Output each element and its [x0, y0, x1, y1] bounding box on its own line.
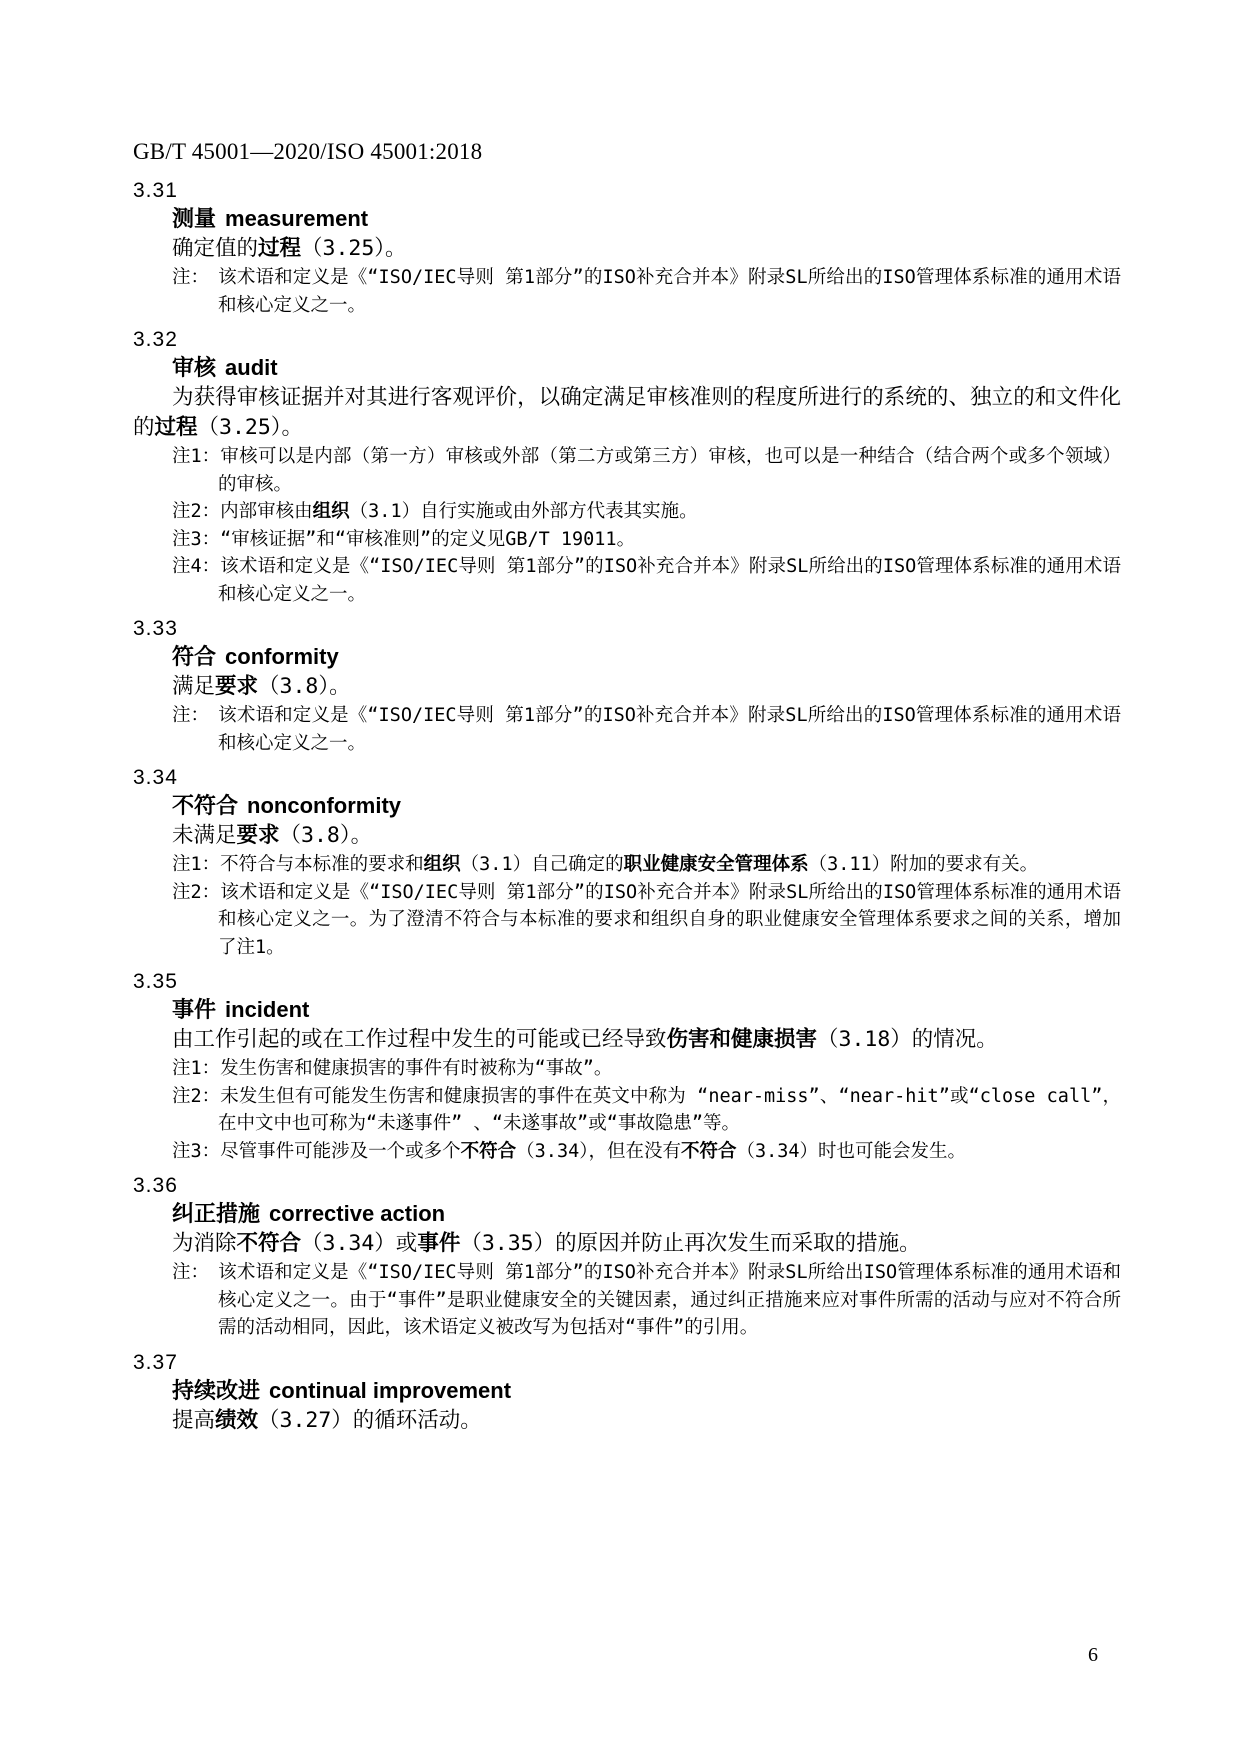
term-number: 3.37 — [133, 1349, 1121, 1376]
term-definition: 为消除不符合（3.34）或事件（3.35）的原因并防止再次发生而采取的措施。 — [133, 1229, 1121, 1259]
term-name-en: corrective action — [269, 1201, 445, 1226]
term-name-en: audit — [225, 355, 278, 380]
note-text: 内部审核由组织（3.1）自行实施或由外部方代表其实施。 — [220, 501, 697, 522]
term-notes: 注1：审核可以是内部（第一方）审核或外部（第二方或第三方）审核，也可以是一种结合… — [172, 443, 1121, 608]
term-name-en: incident — [225, 997, 309, 1022]
note-text: 该术语和定义是《“ISO/IEC导则 第1部分”的ISO补充合并本》附录SL所给… — [218, 1262, 1121, 1338]
term-number: 3.35 — [133, 968, 1121, 995]
term-name-zh: 审核 — [172, 355, 216, 380]
note-label: 注2： — [172, 879, 220, 907]
term-note: 注：该术语和定义是《“ISO/IEC导则 第1部分”的ISO补充合并本》附录SL… — [172, 264, 1121, 319]
term-title: 符合conformity — [172, 642, 1121, 672]
term-entry: 3.36 纠正措施corrective action 为消除不符合（3.34）或… — [133, 1172, 1121, 1342]
term-note: 注2：内部审核由组织（3.1）自行实施或由外部方代表其实施。 — [172, 498, 1121, 526]
note-label: 注： — [172, 264, 218, 292]
term-entry: 3.31 测量measurement 确定值的过程（3.25）。 注：该术语和定… — [133, 177, 1121, 319]
note-label: 注3： — [172, 1138, 220, 1166]
document-page: GB/T 45001—2020/ISO 45001:2018 3.31 测量me… — [0, 0, 1241, 1755]
terms-section: 3.31 测量measurement 确定值的过程（3.25）。 注：该术语和定… — [133, 170, 1121, 1436]
term-title: 审核audit — [172, 353, 1121, 383]
note-text: “审核证据”和“审核准则”的定义见GB/T 19011。 — [220, 529, 635, 550]
term-number: 3.36 — [133, 1172, 1121, 1199]
note-label: 注3： — [172, 526, 220, 554]
term-entry: 3.33 符合conformity 满足要求（3.8）。 注：该术语和定义是《“… — [133, 615, 1121, 757]
note-label: 注4： — [172, 553, 220, 581]
term-number: 3.34 — [133, 764, 1121, 791]
term-name-zh: 不符合 — [172, 793, 238, 818]
term-name-zh: 测量 — [172, 206, 216, 231]
term-entry: 3.37 持续改进continual improvement 提高绩效（3.27… — [133, 1349, 1121, 1436]
term-name-en: conformity — [225, 644, 339, 669]
note-label: 注1： — [172, 1055, 220, 1083]
term-note: 注：该术语和定义是《“ISO/IEC导则 第1部分”的ISO补充合并本》附录SL… — [172, 702, 1121, 757]
note-text: 未发生但有可能发生伤害和健康损害的事件在英文中称为 “near-miss”、“n… — [218, 1086, 1121, 1135]
note-label: 注2： — [172, 1083, 220, 1111]
term-note: 注3：尽管事件可能涉及一个或多个不符合（3.34），但在没有不符合（3.34）时… — [172, 1138, 1121, 1166]
term-notes: 注：该术语和定义是《“ISO/IEC导则 第1部分”的ISO补充合并本》附录SL… — [172, 1259, 1121, 1342]
term-number: 3.31 — [133, 177, 1121, 204]
term-title: 不符合nonconformity — [172, 791, 1121, 821]
term-definition: 为获得审核证据并对其进行客观评价，以确定满足审核准则的程度所进行的系统的、独立的… — [133, 383, 1121, 443]
note-text: 不符合与本标准的要求和组织（3.1）自己确定的职业健康安全管理体系（3.11）附… — [220, 854, 1038, 875]
note-label: 注2： — [172, 498, 220, 526]
note-text: 发生伤害和健康损害的事件有时被称为“事故”。 — [220, 1058, 612, 1079]
note-text: 该术语和定义是《“ISO/IEC导则 第1部分”的ISO补充合并本》附录SL所给… — [218, 705, 1121, 754]
term-name-zh: 符合 — [172, 644, 216, 669]
note-label: 注1： — [172, 443, 220, 471]
term-definition: 未满足要求（3.8）。 — [133, 821, 1121, 851]
term-name-en: continual improvement — [269, 1378, 511, 1403]
term-notes: 注：该术语和定义是《“ISO/IEC导则 第1部分”的ISO补充合并本》附录SL… — [172, 264, 1121, 319]
term-note: 注：该术语和定义是《“ISO/IEC导则 第1部分”的ISO补充合并本》附录SL… — [172, 1259, 1121, 1342]
term-title: 测量measurement — [172, 204, 1121, 234]
term-definition: 由工作引起的或在工作过程中发生的可能或已经导致伤害和健康损害（3.18）的情况。 — [133, 1025, 1121, 1055]
note-text: 该术语和定义是《“ISO/IEC导则 第1部分”的ISO补充合并本》附录SL所给… — [218, 556, 1121, 605]
note-text: 该术语和定义是《“ISO/IEC导则 第1部分”的ISO补充合并本》附录SL所给… — [218, 882, 1121, 958]
term-title: 持续改进continual improvement — [172, 1376, 1121, 1406]
term-notes: 注：该术语和定义是《“ISO/IEC导则 第1部分”的ISO补充合并本》附录SL… — [172, 702, 1121, 757]
term-entry: 3.35 事件incident 由工作引起的或在工作过程中发生的可能或已经导致伤… — [133, 968, 1121, 1165]
term-note: 注1：审核可以是内部（第一方）审核或外部（第二方或第三方）审核，也可以是一种结合… — [172, 443, 1121, 498]
term-name-en: measurement — [225, 206, 368, 231]
term-note: 注2：该术语和定义是《“ISO/IEC导则 第1部分”的ISO补充合并本》附录S… — [172, 879, 1121, 962]
note-text: 尽管事件可能涉及一个或多个不符合（3.34），但在没有不符合（3.34）时也可能… — [220, 1141, 966, 1162]
note-text: 审核可以是内部（第一方）审核或外部（第二方或第三方）审核，也可以是一种结合（结合… — [218, 446, 1121, 495]
term-entry: 3.32 审核audit 为获得审核证据并对其进行客观评价，以确定满足审核准则的… — [133, 326, 1121, 608]
term-number: 3.33 — [133, 615, 1121, 642]
term-notes: 注1：发生伤害和健康损害的事件有时被称为“事故”。 注2：未发生但有可能发生伤害… — [172, 1055, 1121, 1165]
term-entry: 3.34 不符合nonconformity 未满足要求（3.8）。 注1：不符合… — [133, 764, 1121, 961]
term-notes: 注1：不符合与本标准的要求和组织（3.1）自己确定的职业健康安全管理体系（3.1… — [172, 851, 1121, 961]
term-definition: 满足要求（3.8）。 — [133, 672, 1121, 702]
term-name-zh: 持续改进 — [172, 1378, 260, 1403]
term-name-zh: 纠正措施 — [172, 1201, 260, 1226]
term-number: 3.32 — [133, 326, 1121, 353]
note-label: 注1： — [172, 851, 220, 879]
term-definition: 提高绩效（3.27）的循环活动。 — [133, 1406, 1121, 1436]
term-title: 纠正措施corrective action — [172, 1199, 1121, 1229]
term-note: 注2：未发生但有可能发生伤害和健康损害的事件在英文中称为 “near-miss”… — [172, 1083, 1121, 1138]
term-title: 事件incident — [172, 995, 1121, 1025]
term-note: 注4：该术语和定义是《“ISO/IEC导则 第1部分”的ISO补充合并本》附录S… — [172, 553, 1121, 608]
term-definition: 确定值的过程（3.25）。 — [133, 234, 1121, 264]
term-note: 注1：不符合与本标准的要求和组织（3.1）自己确定的职业健康安全管理体系（3.1… — [172, 851, 1121, 879]
term-name-en: nonconformity — [247, 793, 401, 818]
term-note: 注1：发生伤害和健康损害的事件有时被称为“事故”。 — [172, 1055, 1121, 1083]
document-header: GB/T 45001—2020/ISO 45001:2018 — [133, 139, 482, 165]
note-label: 注： — [172, 1259, 218, 1287]
page-number: 6 — [1088, 1644, 1098, 1667]
term-note: 注3：“审核证据”和“审核准则”的定义见GB/T 19011。 — [172, 526, 1121, 554]
note-text: 该术语和定义是《“ISO/IEC导则 第1部分”的ISO补充合并本》附录SL所给… — [218, 267, 1121, 316]
note-label: 注： — [172, 702, 218, 730]
term-name-zh: 事件 — [172, 997, 216, 1022]
